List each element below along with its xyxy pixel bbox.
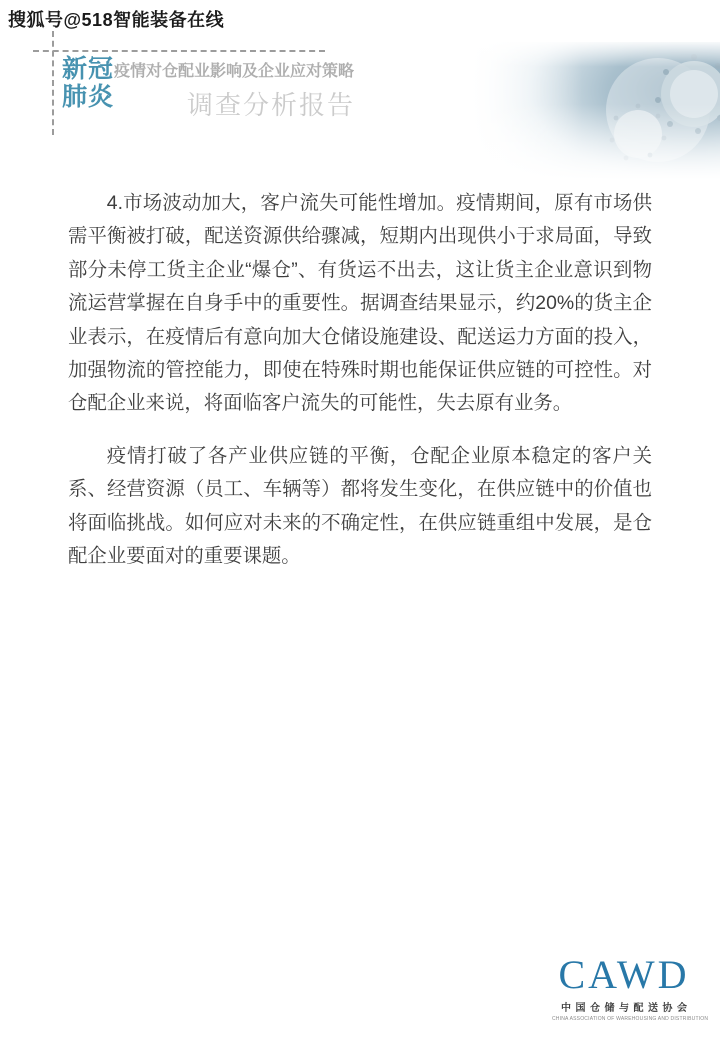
paragraph-market-fluctuation: 4.市场波动加大，客户流失可能性增加。疫情期间，原有市场供需平衡被打破，配送资源… — [68, 187, 652, 421]
vertical-dashed-line — [52, 31, 54, 135]
covid-badge: 新冠 肺炎 — [62, 55, 114, 111]
article-body: 4.市场波动加大，客户流失可能性增加。疫情期间，原有市场供需平衡被打破，配送资源… — [68, 187, 652, 573]
covid-badge-line1: 新冠 — [62, 55, 114, 83]
report-subtitle: 调查分析报告 — [114, 85, 355, 122]
paragraph-supply-chain-outlook: 疫情打破了各产业供应链的平衡，仓配企业原本稳定的客户关系、经营资源（员工、车辆等… — [68, 440, 652, 574]
cawd-logo-english-name: CHINA ASSOCIATION OF WAREHOUSING AND DIS… — [552, 1016, 696, 1022]
cawd-logo-acronym: CAWD — [552, 955, 696, 995]
horizontal-dashed-line — [33, 50, 325, 52]
report-titles: 疫情对仓配业影响及企业应对策略 调查分析报告 — [114, 58, 355, 122]
virus-image — [470, 42, 720, 180]
report-title: 疫情对仓配业影响及企业应对策略 — [114, 58, 355, 81]
cawd-logo-chinese-name: 中国仓储与配送协会 — [552, 999, 696, 1014]
page: 搜狐号@518智能装备在线 — [0, 0, 720, 1040]
cawd-logo: CAWD 中国仓储与配送协会 CHINA ASSOCIATION OF WARE… — [552, 955, 696, 1022]
covid-badge-line2: 肺炎 — [62, 83, 114, 111]
report-header: 新冠 肺炎 疫情对仓配业影响及企业应对策略 调查分析报告 — [0, 0, 720, 185]
